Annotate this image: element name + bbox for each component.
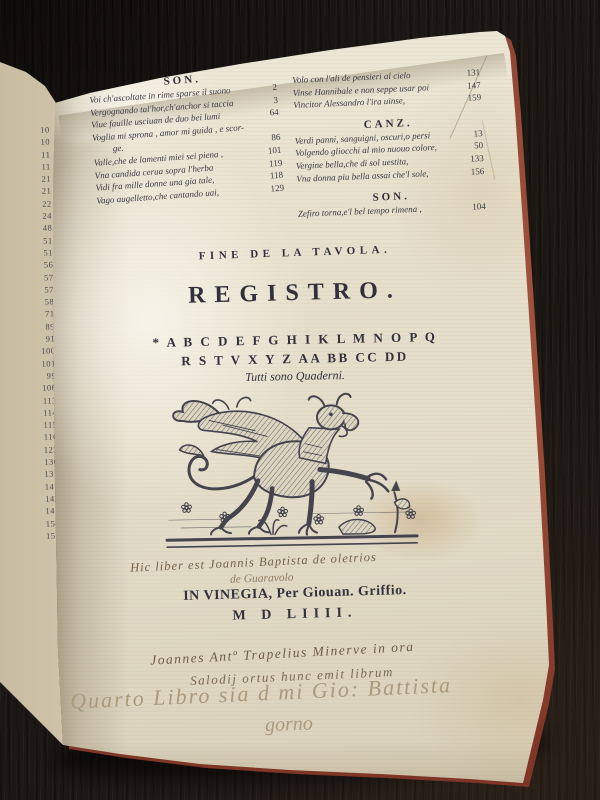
facing-page-number: 11 xyxy=(4,148,50,161)
facing-page-number: 9 xyxy=(16,603,62,616)
entry-page-number: 159 xyxy=(463,91,481,104)
facing-page-number: 10 xyxy=(4,136,50,149)
tavola-right-column: Volo con l'ali de pensieri al cielo131Vi… xyxy=(292,66,486,229)
facing-page-number: 150 xyxy=(14,517,60,530)
fine-de-la-tavola-line: FINE DE LA TAVOLA. xyxy=(115,241,475,266)
facing-page-number: 57 xyxy=(7,271,53,284)
tavola-left-column: SON. Voi ch'ascoltate in rime sparse il … xyxy=(88,67,286,229)
facing-page-number: 141 xyxy=(13,480,59,493)
ownership-inscription-lower-4: gorno xyxy=(265,710,386,737)
book-page: SON. Voi ch'ascoltate in rime sparse il … xyxy=(0,0,600,800)
facing-page-number: 106 xyxy=(10,382,56,395)
facing-page-number: 145 xyxy=(14,505,60,518)
facing-page-number: 101 xyxy=(10,357,56,370)
facing-page-number: 51 xyxy=(6,234,52,247)
wood-table-background: { "colors":{ "wood":"#1b1713", "page":"#… xyxy=(0,0,600,800)
entry-page-number: 86 xyxy=(267,131,281,144)
entry-page-number: 147 xyxy=(463,79,481,92)
entry-page-number: 50 xyxy=(470,139,484,152)
registro-title: REGISTRO. xyxy=(110,275,481,312)
tavola-right-rows: Volo con l'ali de pensieri al cielo131Vi… xyxy=(292,66,486,229)
entry-page-number: 129 xyxy=(266,181,284,195)
entry-page-number xyxy=(275,119,280,132)
facing-page-number: 100 xyxy=(9,345,55,358)
facing-page-number: 48 xyxy=(6,222,52,235)
entry-page-number: 131 xyxy=(462,66,480,79)
facing-page-number: 113 xyxy=(11,394,57,407)
facing-page-number: 21 xyxy=(5,185,51,198)
facing-page-number: 131 xyxy=(13,468,59,481)
tavola-index: SON. Voi ch'ascoltate in rime sparse il … xyxy=(88,80,480,230)
entry-page-number: 156 xyxy=(466,165,484,178)
entry-page-number: 13 xyxy=(469,127,483,140)
entry-page-number: 64 xyxy=(265,106,279,119)
entry-page-number: 133 xyxy=(466,152,484,165)
entry-page-number: 104 xyxy=(468,200,486,213)
entry-page-number: 2 xyxy=(268,81,277,94)
entry-page-number: 3 xyxy=(269,93,278,106)
facing-page-number: 152 xyxy=(14,529,60,542)
facing-page-number: 116 xyxy=(12,431,58,444)
tavola-left-rows: Voi ch'ascoltate in rime sparse il suono… xyxy=(89,81,284,207)
griffin-device-woodcut-icon xyxy=(158,384,427,569)
facing-page-number: 56 xyxy=(7,259,53,272)
facing-page-number: 71 xyxy=(8,308,54,321)
